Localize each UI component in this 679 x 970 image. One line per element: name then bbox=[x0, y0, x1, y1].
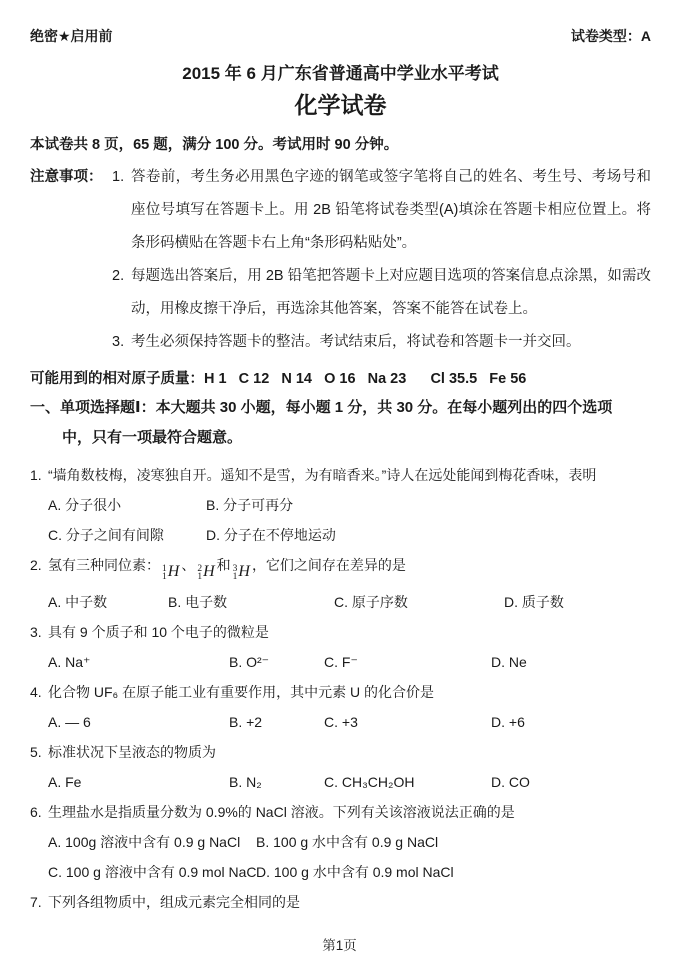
question-3: 3. 具有 9 个质子和 10 个电子的微粒是 A. Na⁺ B. O²⁻ C.… bbox=[30, 617, 651, 677]
question-number: 2. bbox=[30, 550, 48, 587]
question-number: 6. bbox=[30, 797, 48, 827]
option-b: B. 100 g 水中含有 0.9 g NaCl bbox=[256, 827, 651, 857]
question-6-text: 6. 生理盐水是指质量分数为 0.9%的 NaCl 溶液。下列有关该溶液说法正确… bbox=[30, 797, 651, 827]
option-c: C. 原子序数 bbox=[334, 587, 504, 617]
question-body: “墙角数枝梅，凌寒独自开。遥知不是雪，为有暗香来。”诗人在远处能闻到梅花香味，表… bbox=[48, 460, 651, 490]
option-c: C. CH₃CH₂OH bbox=[324, 767, 491, 797]
paper-summary: 本试卷共 8 页，65 题，满分 100 分。考试用时 90 分钟。 bbox=[30, 133, 651, 154]
section-header: 一、单项选择题Ⅰ：本大题共 30 小题，每小题 1 分，共 30 分。在每小题列… bbox=[30, 393, 651, 453]
question-4-options: A. — 6 B. +2 C. +3 D. +6 bbox=[48, 707, 651, 737]
question-5-options: A. Fe B. N₂ C. CH₃CH₂OH D. CO bbox=[48, 767, 651, 797]
option-b: B. 电子数 bbox=[168, 587, 334, 617]
separator: 和 bbox=[217, 557, 231, 573]
option-a: A. Na⁺ bbox=[48, 647, 229, 677]
section-header-line1: 一、单项选择题Ⅰ：本大题共 30 小题，每小题 1 分，共 30 分。在每小题列… bbox=[30, 393, 651, 423]
question-7-text: 7. 下列各组物质中，组成元素完全相同的是 bbox=[30, 887, 651, 917]
separator: 、 bbox=[181, 557, 195, 573]
question-2: 2. 氢有三种同位素：11H、21H和31H，它们之间存在差异的是 A. 中子数… bbox=[30, 550, 651, 617]
isotope-tritium: 31H bbox=[233, 557, 250, 587]
question-body: 生理盐水是指质量分数为 0.9%的 NaCl 溶液。下列有关该溶液说法正确的是 bbox=[48, 797, 651, 827]
option-d: D. 100 g 水中含有 0.9 mol NaCl bbox=[256, 857, 651, 887]
question-2-post: ，它们之间存在差异的是 bbox=[252, 557, 406, 573]
option-c: C. +3 bbox=[324, 707, 491, 737]
question-5: 5. 标准状况下呈液态的物质为 A. Fe B. N₂ C. CH₃CH₂OH … bbox=[30, 737, 651, 797]
section-header-line2: 中，只有一项最符合题意。 bbox=[30, 423, 651, 453]
notice-number: 3. bbox=[112, 326, 131, 359]
security-label: 绝密★启用前 bbox=[30, 26, 113, 46]
option-c: C. 分子之间有间隙 bbox=[48, 520, 206, 550]
question-body: 氢有三种同位素：11H、21H和31H，它们之间存在差异的是 bbox=[48, 550, 651, 587]
option-a: A. — 6 bbox=[48, 707, 229, 737]
question-4-text: 4. 化合物 UF₆ 在原子能工业有重要作用，其中元素 U 的化合价是 bbox=[30, 677, 651, 707]
option-b: B. 分子可再分 bbox=[206, 490, 651, 520]
page-number: 第1页 bbox=[0, 934, 679, 954]
question-2-options: A. 中子数 B. 电子数 C. 原子序数 D. 质子数 bbox=[48, 587, 651, 617]
option-a: A. 分子很小 bbox=[48, 490, 206, 520]
question-number: 5. bbox=[30, 737, 48, 767]
option-d: D. 分子在不停地运动 bbox=[206, 520, 651, 550]
question-body: 化合物 UF₆ 在原子能工业有重要作用，其中元素 U 的化合价是 bbox=[48, 677, 651, 707]
question-1: 1. “墙角数枝梅，凌寒独自开。遥知不是雪，为有暗香来。”诗人在远处能闻到梅花香… bbox=[30, 460, 651, 550]
notice-item-1: 1. 答卷前，考生务必用黑色字迹的钢笔或签字笔将自己的姓名、考生号、考场号和座位… bbox=[112, 161, 651, 260]
element-symbol: H bbox=[167, 557, 180, 587]
question-body: 下列各组物质中，组成元素完全相同的是 bbox=[48, 887, 651, 917]
question-2-pre: 氢有三种同位素： bbox=[48, 557, 160, 573]
exam-title: 2015 年 6 月广东省普通高中学业水平考试 bbox=[30, 59, 651, 84]
option-a: A. 中子数 bbox=[48, 587, 168, 617]
option-a: A. 100g 溶液中含有 0.9 g NaCl bbox=[48, 827, 256, 857]
isotope-numbers: 21 bbox=[197, 565, 202, 581]
atomic-number: 1 bbox=[162, 573, 167, 581]
notices-label: 注意事项： bbox=[30, 161, 112, 359]
question-number: 3. bbox=[30, 617, 48, 647]
page-topbar: 绝密★启用前 试卷类型：A bbox=[30, 26, 651, 46]
notice-text: 考生必须保持答题卡的整洁。考试结束后，将试卷和答题卡一并交回。 bbox=[131, 326, 651, 359]
question-number: 4. bbox=[30, 677, 48, 707]
notice-number: 1. bbox=[112, 161, 131, 260]
option-d: D. 质子数 bbox=[504, 587, 651, 617]
isotope-numbers: 11 bbox=[162, 565, 167, 581]
question-7: 7. 下列各组物质中，组成元素完全相同的是 bbox=[30, 887, 651, 917]
option-d: D. +6 bbox=[491, 707, 651, 737]
question-6-options: A. 100g 溶液中含有 0.9 g NaCl B. 100 g 水中含有 0… bbox=[48, 827, 651, 887]
question-body: 标准状况下呈液态的物质为 bbox=[48, 737, 651, 767]
notice-text: 答卷前，考生务必用黑色字迹的钢笔或签字笔将自己的姓名、考生号、考场号和座位号填写… bbox=[131, 161, 651, 260]
questions-list: 1. “墙角数枝梅，凌寒独自开。遥知不是雪，为有暗香来。”诗人在远处能闻到梅花香… bbox=[30, 460, 651, 917]
atomic-number: 1 bbox=[233, 573, 238, 581]
element-symbol: H bbox=[237, 557, 250, 587]
atomic-number: 1 bbox=[197, 573, 202, 581]
isotope-protium: 11H bbox=[162, 557, 179, 587]
notice-number: 2. bbox=[112, 260, 131, 326]
question-body: 具有 9 个质子和 10 个电子的微粒是 bbox=[48, 617, 651, 647]
isotope-numbers: 31 bbox=[233, 565, 238, 581]
question-5-text: 5. 标准状况下呈液态的物质为 bbox=[30, 737, 651, 767]
question-6: 6. 生理盐水是指质量分数为 0.9%的 NaCl 溶液。下列有关该溶液说法正确… bbox=[30, 797, 651, 887]
option-b: B. N₂ bbox=[229, 767, 324, 797]
notice-item-3: 3. 考生必须保持答题卡的整洁。考试结束后，将试卷和答题卡一并交回。 bbox=[112, 326, 651, 359]
option-d: D. CO bbox=[491, 767, 651, 797]
option-b: B. O²⁻ bbox=[229, 647, 324, 677]
notice-text: 每题选出答案后，用 2B 铅笔把答题卡上对应题目选项的答案信息点涂黑，如需改动，… bbox=[131, 260, 651, 326]
notice-item-2: 2. 每题选出答案后，用 2B 铅笔把答题卡上对应题目选项的答案信息点涂黑，如需… bbox=[112, 260, 651, 326]
isotope-deuterium: 21H bbox=[197, 557, 214, 587]
question-3-options: A. Na⁺ B. O²⁻ C. F⁻ D. Ne bbox=[48, 647, 651, 677]
notice-items: 1. 答卷前，考生务必用黑色字迹的钢笔或签字笔将自己的姓名、考生号、考场号和座位… bbox=[112, 161, 651, 359]
notices-section: 注意事项： 1. 答卷前，考生务必用黑色字迹的钢笔或签字笔将自己的姓名、考生号、… bbox=[30, 161, 651, 359]
exam-subject-title: 化学试卷 bbox=[30, 87, 651, 120]
question-1-options: A. 分子很小 B. 分子可再分 C. 分子之间有间隙 D. 分子在不停地运动 bbox=[48, 490, 651, 550]
option-c: C. 100 g 溶液中含有 0.9 mol NaCl bbox=[48, 857, 256, 887]
element-symbol: H bbox=[202, 557, 215, 587]
question-number: 7. bbox=[30, 887, 48, 917]
paper-type-label: 试卷类型：A bbox=[571, 26, 651, 46]
atomic-masses-line: 可能用到的相对原子质量：H 1 C 12 N 14 O 16 Na 23 Cl … bbox=[30, 367, 651, 388]
option-c: C. F⁻ bbox=[324, 647, 491, 677]
option-d: D. Ne bbox=[491, 647, 651, 677]
question-4: 4. 化合物 UF₆ 在原子能工业有重要作用，其中元素 U 的化合价是 A. —… bbox=[30, 677, 651, 737]
exam-paper-page: 绝密★启用前 试卷类型：A 2015 年 6 月广东省普通高中学业水平考试 化学… bbox=[0, 0, 679, 970]
question-number: 1. bbox=[30, 460, 48, 490]
question-1-text: 1. “墙角数枝梅，凌寒独自开。遥知不是雪，为有暗香来。”诗人在远处能闻到梅花香… bbox=[30, 460, 651, 490]
option-a: A. Fe bbox=[48, 767, 229, 797]
question-2-text: 2. 氢有三种同位素：11H、21H和31H，它们之间存在差异的是 bbox=[30, 550, 651, 587]
question-3-text: 3. 具有 9 个质子和 10 个电子的微粒是 bbox=[30, 617, 651, 647]
option-b: B. +2 bbox=[229, 707, 324, 737]
